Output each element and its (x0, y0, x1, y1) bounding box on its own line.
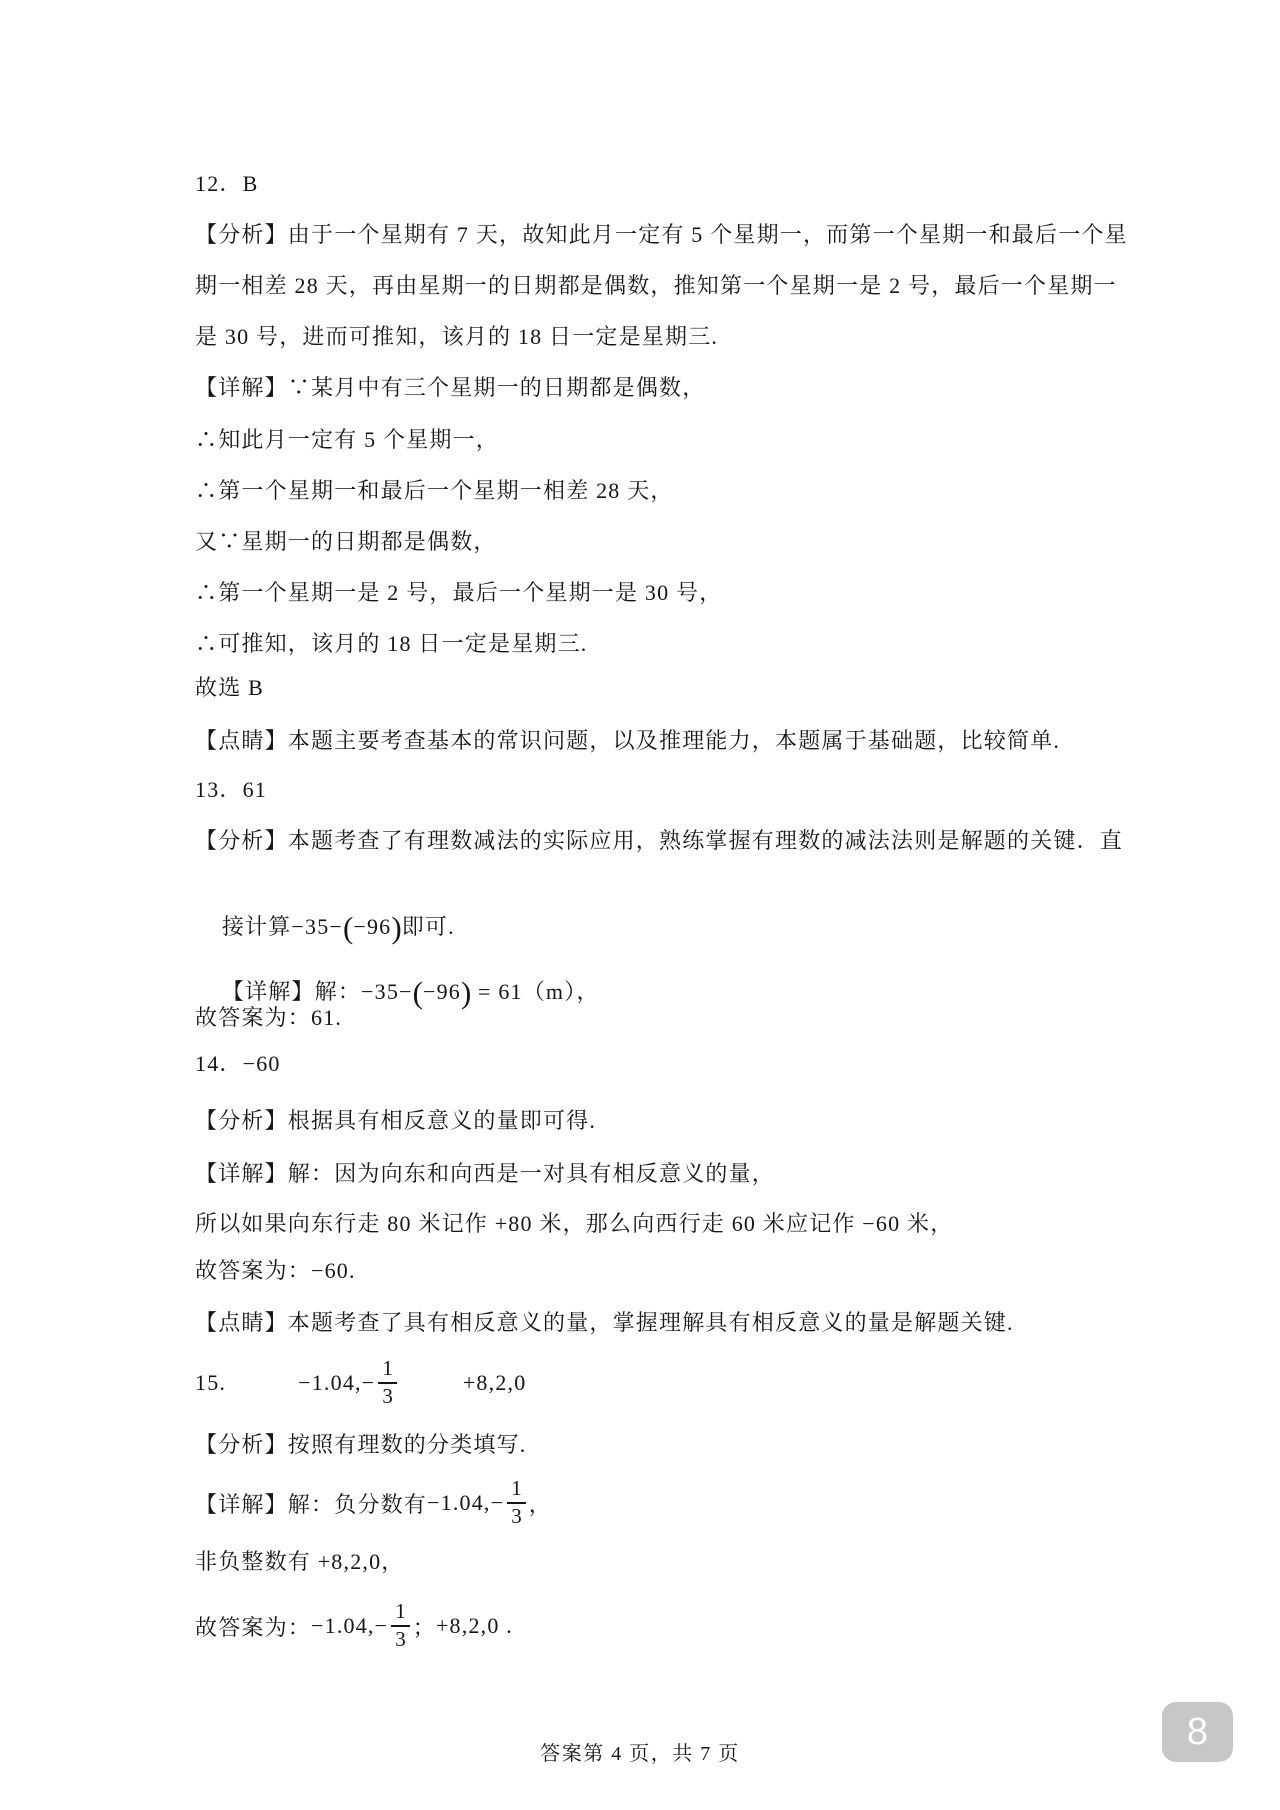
page-footer: 答案第 4 页，共 7 页 (0, 1737, 1280, 1766)
q12-detail-line-4: 又∵星期一的日期都是偶数， (195, 527, 497, 557)
q14-detail-line-2: 所以如果向东行走 80 米记作 +80 米，那么向西行走 60 米应记作 −60… (195, 1209, 953, 1239)
fraction-denominator: 3 (511, 1504, 522, 1529)
text-segment: 接计算 (222, 914, 292, 939)
fraction-one-third: 13 (378, 1357, 397, 1408)
q12-conclusion-line: 故选 B (195, 673, 264, 703)
fraction-one-third: 13 (507, 1477, 526, 1528)
fraction-numerator: 1 (391, 1600, 410, 1627)
text-segment: ， (529, 1488, 552, 1519)
q13-answer-note-line: 故答案为：61. (195, 1003, 342, 1033)
text-segment: （m）， (523, 979, 600, 1004)
text-segment: ； (413, 1611, 436, 1642)
q15-detail-line-1: 【详解】解：负分数有−1.04,−13， (195, 1471, 552, 1535)
math-expression: −35−(−96) (291, 914, 401, 939)
fraction-denominator: 3 (382, 1384, 393, 1409)
answer-blank-1: −1.04,−13 (298, 1357, 400, 1408)
q12-detail-line-5: ∴第一个星期一是 2 号，最后一个星期一是 30 号， (195, 578, 722, 608)
q15-answer-note-line: 故答案为：−1.04,−13；+8,2,0 . (195, 1594, 513, 1658)
fraction-numerator: 1 (507, 1477, 526, 1504)
q15-answer-line: 15. −1.04,−13 +8,2,0 (195, 1351, 526, 1415)
q14-remark-line: 【点睛】本题考查了具有相反意义的量，掌握理解具有相反意义的量是解题关键. (195, 1308, 1014, 1338)
q12-answer-line: 12．B (195, 169, 258, 199)
text-segment: 即可. (402, 914, 455, 939)
answer-blank-2: +8,2,0 (463, 1370, 527, 1396)
fraction-numerator: 1 (378, 1357, 397, 1384)
q13-answer-line: 13．61 (195, 775, 267, 805)
q12-remark-line: 【点睛】本题主要考查基本的常识问题，以及推理能力，本题属于基础题，比较简单. (195, 726, 1060, 756)
text-segment: −1.04,− (311, 1613, 388, 1639)
q14-detail-line-1: 【详解】解：因为向东和向西是一对具有相反意义的量， (195, 1159, 775, 1189)
q12-analysis-line-1: 【分析】由于一个星期有 7 天，故知此月一定有 5 个星期一，而第一个星期一和最… (195, 220, 1128, 250)
q12-analysis-line-2: 期一相差 28 天，再由星期一的日期都是偶数，推知第一个星期一是 2 号，最后一… (195, 271, 1117, 301)
q14-answer-note-line: 故答案为：−60. (195, 1256, 356, 1286)
text-segment: +8,2,0 . (436, 1613, 513, 1639)
q15-detail-line-2: 非负整数有 +8,2,0， (195, 1547, 405, 1577)
text-segment: 【详解】解：负分数有 (195, 1488, 427, 1519)
fraction-one-third: 13 (391, 1600, 410, 1651)
text-segment: 故答案为： (195, 1611, 311, 1642)
q12-analysis-line-3: 是 30 号，进而可推知，该月的 18 日一定是星期三. (195, 322, 718, 352)
question-number: 15. (195, 1370, 226, 1396)
math-expression: −35−(−96) = 61 (361, 979, 523, 1004)
document-page: 12．B 【分析】由于一个星期有 7 天，故知此月一定有 5 个星期一，而第一个… (0, 0, 1280, 1810)
text-segment: −1.04,− (427, 1490, 504, 1516)
page-number-badge: 8 (1162, 1702, 1233, 1762)
q15-analysis-line: 【分析】按照有理数的分类填写. (195, 1430, 527, 1460)
text-segment: 【详解】解： (222, 979, 361, 1004)
q14-answer-line: 14．−60 (195, 1049, 281, 1079)
text-segment: −1.04,− (298, 1370, 375, 1396)
q13-analysis-line-1: 【分析】本题考查了有理数减法的实际应用，熟练掌握有理数的减法法则是解题的关键．直 (195, 826, 1123, 856)
q12-detail-line-1: 【详解】∵某月中有三个星期一的日期都是偶数， (195, 373, 705, 403)
fraction-denominator: 3 (395, 1627, 406, 1652)
q12-detail-line-3: ∴第一个星期一和最后一个星期一相差 28 天， (195, 476, 674, 506)
q14-analysis-line: 【分析】根据具有相反意义的量即可得. (195, 1106, 596, 1136)
q12-detail-line-2: ∴知此月一定有 5 个星期一， (195, 425, 499, 455)
q12-detail-line-6: ∴可推知，该月的 18 日一定是星期三. (195, 629, 588, 659)
